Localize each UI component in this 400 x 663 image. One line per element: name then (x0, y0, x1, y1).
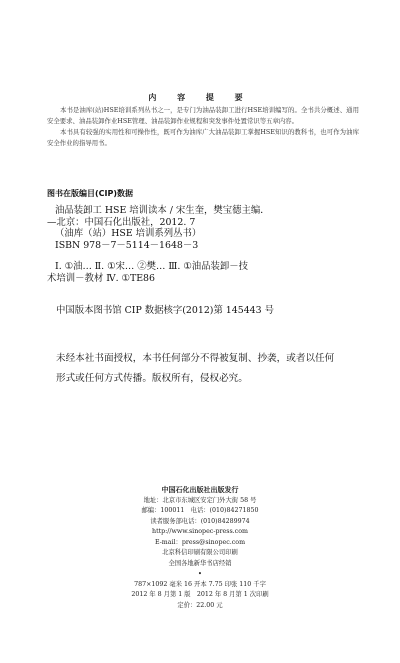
summary-title: 内 容 提 要 (0, 92, 400, 103)
copyright-line-1: 未经本社书面授权，本书任何部分不得被复制、抄袭，或者以任何 (56, 349, 356, 369)
copyright-notice: 未经本社书面授权，本书任何部分不得被复制、抄袭，或者以任何 形式或任何方式传播。… (56, 349, 356, 389)
cip-title-line: 油品装卸工 HSE 培训读本 / 宋生奎，樊宝德主编． (47, 205, 367, 217)
printer-info: 北京科信印刷有限公司印刷 (0, 548, 400, 559)
distributor-info: 全国各地新华书店经销 (0, 559, 400, 570)
summary-paragraph-1: 本书是油库(站)HSE培训系列丛书之一，是专门为油品装卸工进行HSE培训编写的。… (47, 105, 359, 127)
cip-record-number: 中国版本图书馆 CIP 数据核字(2012)第 145443 号 (56, 302, 274, 316)
publisher-postcode-phone: 邮编：100011 电话：(010)84271850 (0, 506, 400, 517)
cip-classification-line-1: Ⅰ. ①油… Ⅱ. ①宋… ②樊… Ⅲ. ①油品装卸－技 (47, 261, 367, 273)
reader-service-phone: 读者服务部电话：(010)84289974 (0, 517, 400, 528)
publisher-email: E-mail：press@sinopec.com (0, 538, 400, 549)
copyright-line-2: 形式或任何方式传播。版权所有，侵权必究。 (56, 369, 356, 389)
summary-body: 本书是油库(站)HSE培训系列丛书之一，是专门为油品装卸工进行HSE培训编写的。… (47, 105, 359, 149)
cip-data-block: 油品装卸工 HSE 培训读本 / 宋生奎，樊宝德主编． —北京：中国石化出版社，… (47, 205, 367, 284)
price: 定价：22.00 元 (0, 601, 400, 612)
edition-info: 2012 年 8 月第 1 版 2012 年 8 月第 1 次印刷 (0, 590, 400, 601)
cip-classification-line-2: 术培训－教材 Ⅳ. ①TE86 (47, 273, 367, 285)
separator-bullet-icon: • (0, 569, 400, 580)
cip-isbn-line: ISBN 978－7－5114－1648－3 (47, 240, 367, 252)
publisher-name: 中国石化出版社出版发行 (0, 485, 400, 496)
book-format: 787×1092 毫米 16 开本 7.75 印张 110 千字 (0, 580, 400, 591)
cip-publisher-line: —北京：中国石化出版社，2012. 7 (47, 217, 367, 229)
publisher-website: http://www.sinopec-press.com (0, 527, 400, 538)
summary-paragraph-2: 本书具有较强的实用性和可操作性，既可作为油库广大油品装卸工掌握HSE知识的教科书… (47, 127, 359, 149)
cip-series-line: （油库（站）HSE 培训系列丛书） (47, 228, 367, 240)
publisher-address: 地址：北京市东城区安定门外大街 58 号 (0, 496, 400, 507)
publisher-info: 中国石化出版社出版发行 地址：北京市东城区安定门外大街 58 号 邮编：1000… (0, 485, 400, 611)
cip-heading: 图书在版编目(CIP)数据 (47, 188, 133, 199)
